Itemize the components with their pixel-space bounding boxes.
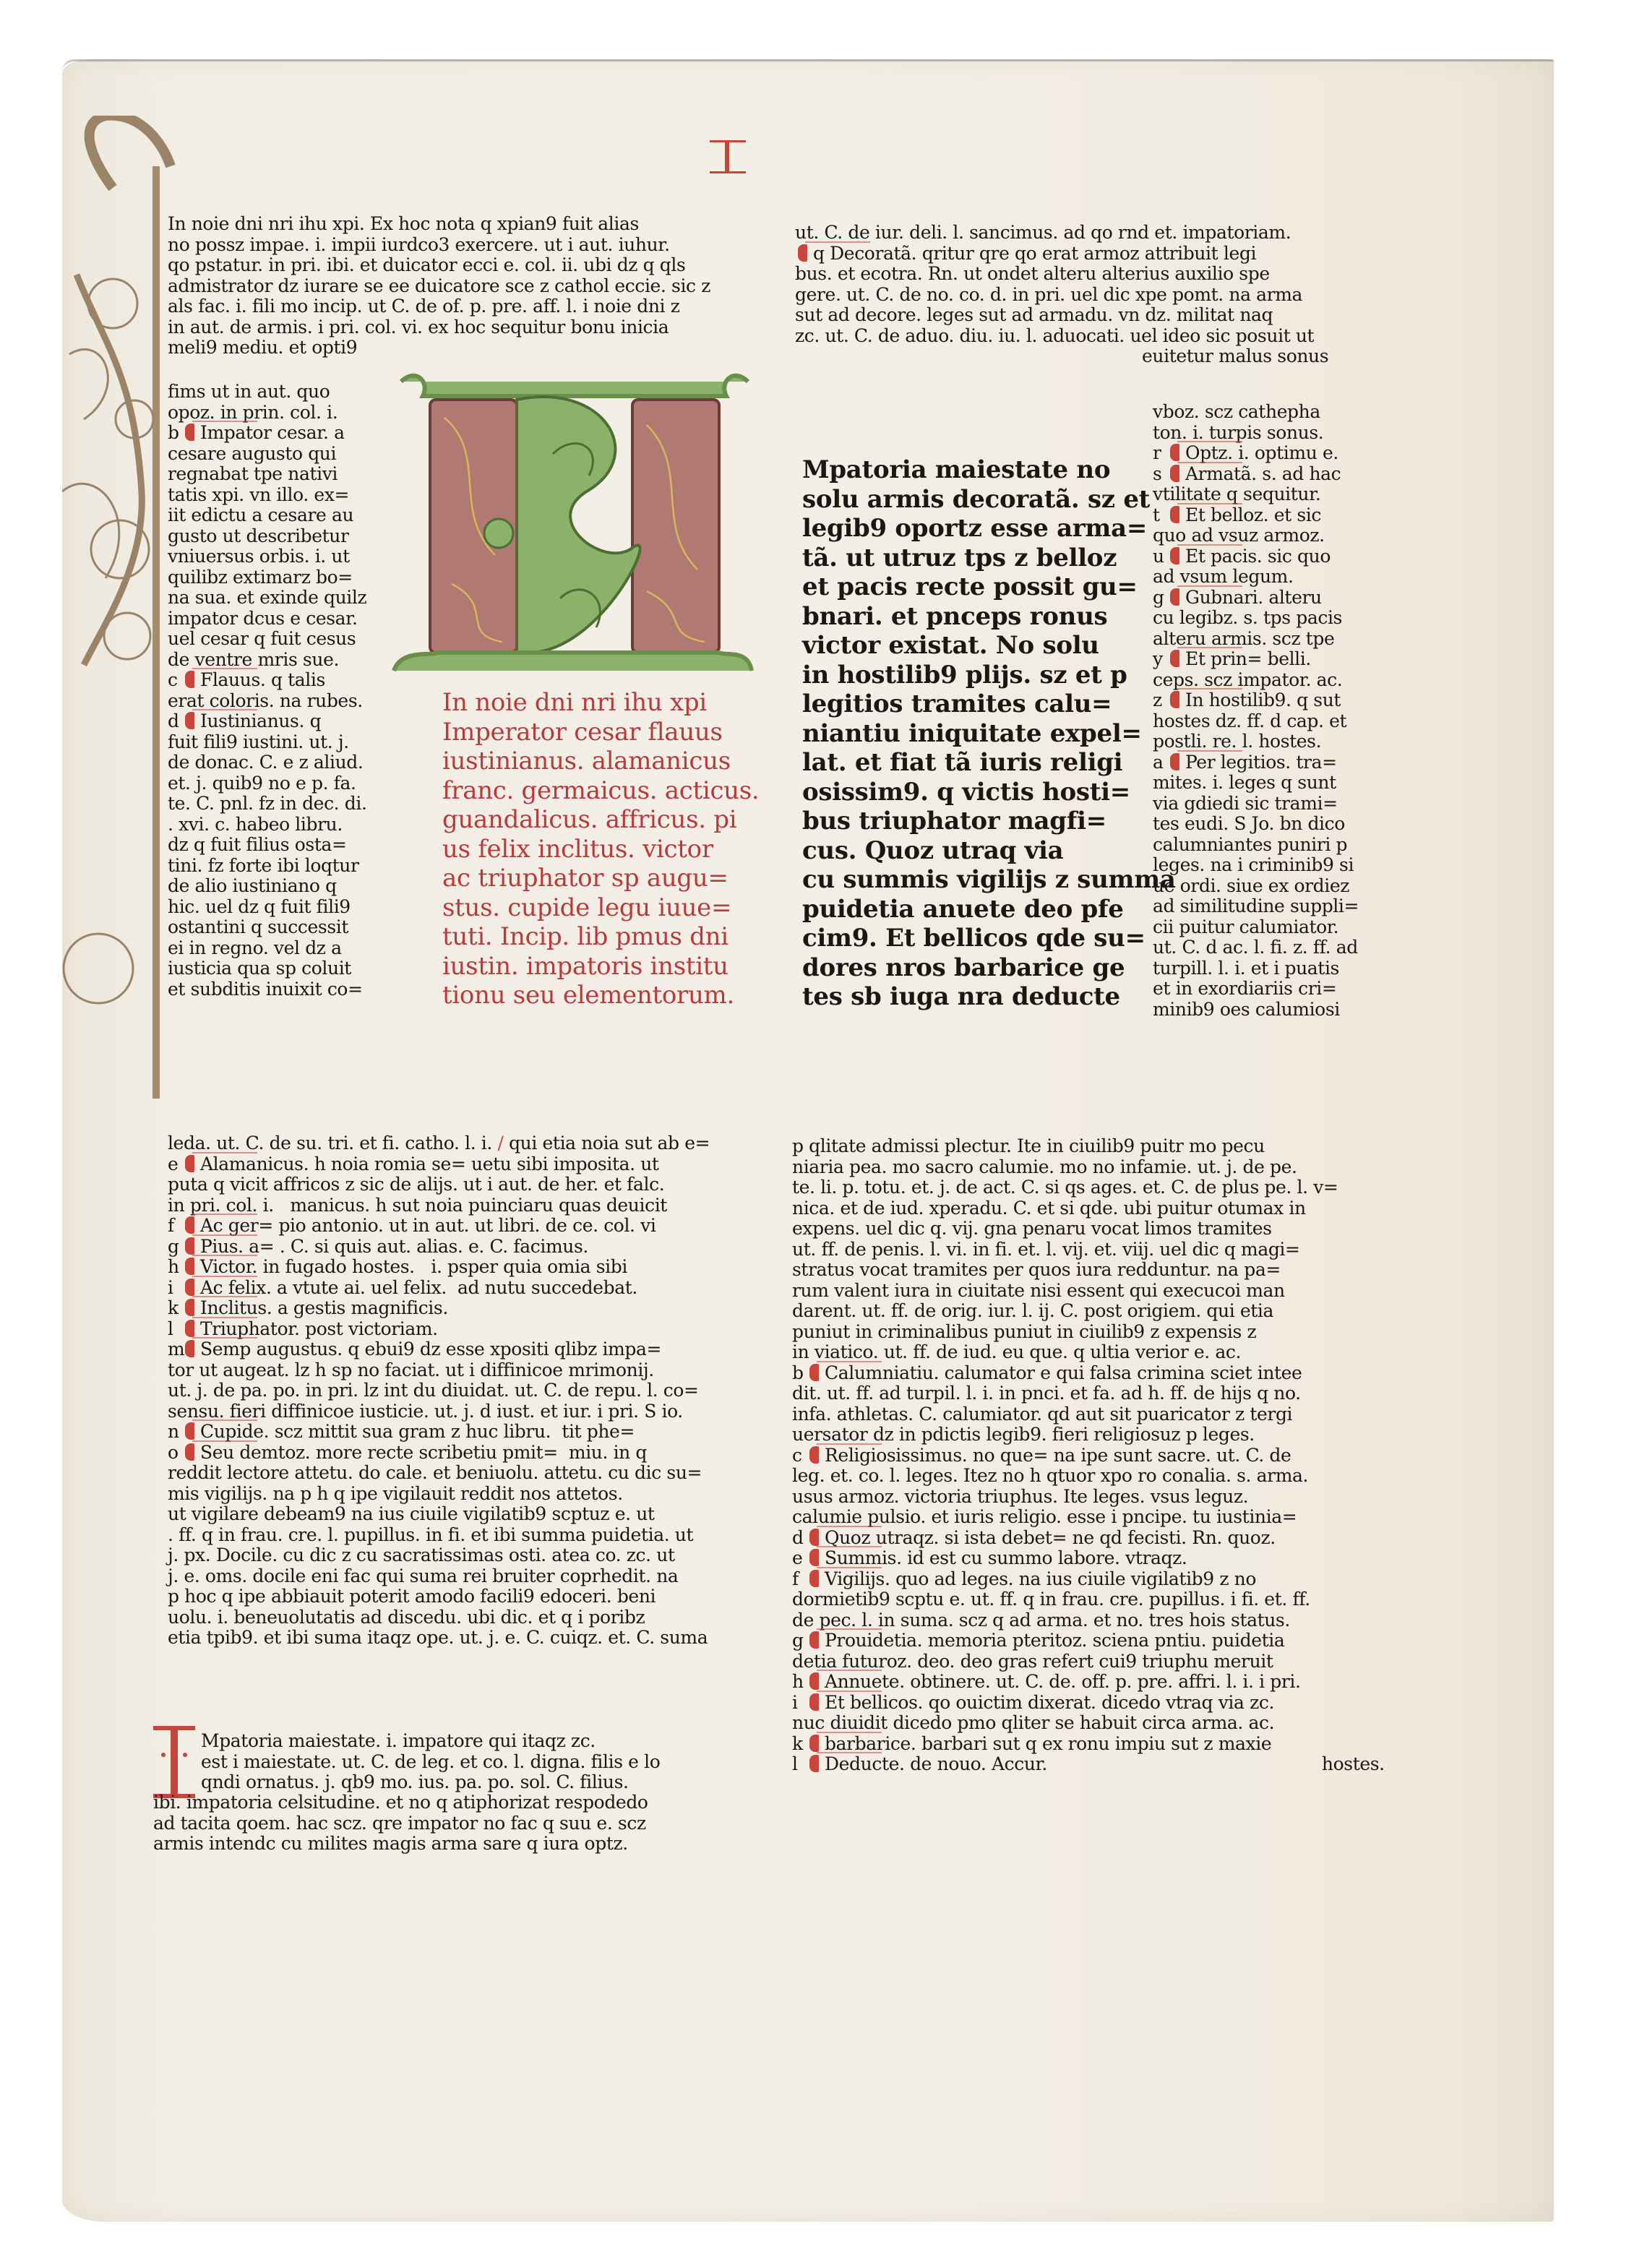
gloss-text: hostes. [1322, 1753, 1385, 1774]
rubric-paragraph-mark [809, 1735, 819, 1752]
illuminated-initial-I [387, 367, 755, 685]
gloss-line: cu legibz. s. tps pacis [1153, 608, 1359, 629]
rubric-paragraph-mark [1170, 444, 1179, 461]
gloss-line: via gdiedi sic trami= [1153, 794, 1359, 815]
gloss-line: ut. ff. de penis. l. vi. in fi. et. l. v… [792, 1240, 1385, 1260]
gloss-line: iusticia qua sp coluit [168, 958, 367, 979]
gloss-line: uEt pacis. sic quo [1153, 546, 1359, 567]
rubric-paragraph-mark [809, 1364, 819, 1381]
main-line: et pacis recte possit gu= [802, 572, 1176, 602]
reference-letter: b [168, 423, 182, 444]
main-line: cus. Quoz utraq via [802, 836, 1176, 866]
gloss-text: miu. in q [569, 1442, 647, 1463]
main-line: victor existat. No solu [802, 631, 1176, 661]
gloss-line: ut. C. de iur. deli. l. sancimus. ad qo … [795, 223, 1328, 244]
gloss-line: usus armoz. victoria triuphus. Ite leges… [792, 1487, 1385, 1508]
gloss-line: calumie pulsio. et iuris religio. esse i… [792, 1507, 1385, 1528]
gloss-line: te. li. p. totu. et. j. de act. C. si qs… [792, 1177, 1385, 1198]
rubric-paragraph-mark [185, 1237, 194, 1255]
gloss-line: dQuoz utraqz. si ista debet= ne qd fecis… [792, 1528, 1385, 1549]
gloss-line: nica. et de iud. xperadu. C. et si qde. … [792, 1198, 1385, 1219]
reference-letter: l [168, 1319, 182, 1340]
gloss-line: ad similitudine suppli= [1153, 896, 1359, 917]
reference-letter: g [1153, 588, 1167, 609]
gloss-line: dit. ut. ff. ad turpil. l. i. in pnci. e… [792, 1383, 1385, 1404]
gloss-bottom-left-initial: Mpatoria maiestate. i. impatore qui itaq… [201, 1731, 660, 1793]
gloss-text: in pri. col. i. [168, 1195, 274, 1216]
gloss-line: kInclitus. a gestis magnificis. [168, 1298, 710, 1319]
reference-letter: k [168, 1298, 182, 1319]
gloss-text: Semp augustus. q ebui9 dz esse xpositi q… [200, 1339, 661, 1359]
gloss-line: fuit fili9 iustini. ut. j. [168, 732, 367, 753]
rubric-paragraph-mark [1170, 753, 1179, 770]
rubric-paragraph-mark [185, 1299, 194, 1316]
gloss-text: Alamanicus. h noia romia se= [200, 1154, 465, 1174]
gloss-line: sensu. fieri diffinicoe iusticie. ut. j.… [168, 1401, 710, 1422]
gloss-text: Religiosissimus. no que= na ipe sunt sac… [825, 1445, 1291, 1466]
rubric-paragraph-mark [185, 1155, 194, 1172]
gloss-line: hVictor. in fugado hostes. i. psper quia… [168, 1257, 710, 1278]
main-text-rubric: In noie dni nri ihu xpi Imperator cesar … [442, 688, 759, 1010]
gloss-line: euitetur malus sonus [795, 346, 1328, 367]
main-line: osissim9. q victis hosti= [802, 778, 1176, 807]
gloss-line: meli9 mediu. et opti9 [168, 338, 710, 358]
gloss-line: zc. ut. C. de aduo. diu. iu. l. aduocati… [795, 326, 1328, 347]
gloss-bottom-left: leda. ut. C. de su. tri. et fi. catho. l… [168, 1133, 710, 1649]
gloss-line: et in exordiariis cri= [1153, 979, 1359, 1000]
gloss-text: Per legitios. tra= [1185, 752, 1337, 773]
main-line: bnari. et pnceps ronus [802, 602, 1176, 632]
gloss-line: j. e. oms. docile eni fac qui suma rei b… [168, 1566, 710, 1587]
reference-letter: r [1153, 443, 1167, 464]
gloss-line: niaria pea. mo sacro calumie. mo no infa… [792, 1157, 1385, 1178]
gloss-line: hAnnuete. obtinere. ut. C. de. off. p. p… [792, 1672, 1385, 1693]
gloss-line: vtilitate q sequitur. [1153, 484, 1359, 505]
gloss-line: de pec. l. in suma. scz q ad arma. et no… [792, 1610, 1385, 1631]
main-line: legib9 oportz esse arma= [802, 514, 1176, 544]
gloss-text: Optz. i. optimu e. [1185, 442, 1338, 463]
gloss-text: manicus. h sut noia puinciaru quas deuic… [290, 1195, 667, 1216]
gloss-text: q Decoratã. qritur qre qo erat armoz att… [813, 243, 1256, 264]
gloss-text: Impator cesar. a [200, 422, 345, 443]
main-line: cu summis vigilijs z summa [802, 865, 1176, 895]
reference-letter: d [168, 711, 182, 732]
reference-letter: h [792, 1672, 807, 1693]
reference-letter: i [168, 1278, 182, 1299]
gloss-line: qndi ornatus. j. qb9 mo. ius. pa. po. so… [201, 1772, 660, 1793]
gloss-line: oSeu demtoz. more recte scribetiu pmit= … [168, 1443, 710, 1464]
gloss-line: et. j. quib9 no e p. fa. [168, 773, 367, 794]
gloss-line: regnabat tpe nativi [168, 464, 367, 485]
gloss-line: ei in regno. vel dz a [168, 938, 367, 959]
gloss-text: Victor. in fugado hostes. [200, 1256, 415, 1277]
gloss-line: quilibz extimarz bo= [168, 567, 367, 588]
gloss-line: darent. ut. ff. de orig. iur. l. ij. C. … [792, 1301, 1385, 1322]
rubric-paragraph-mark [1170, 588, 1179, 606]
gloss-line: vboz. scz cathepha [1153, 402, 1359, 423]
gloss-line: nCupide. scz mittit sua gram z huc libru… [168, 1422, 710, 1443]
gloss-line: minib9 oes calumiosi [1153, 1000, 1359, 1021]
gloss-line: etia tpib9. et ibi suma itaqz ope. ut. j… [168, 1628, 710, 1649]
gloss-line: fVigilijs. quo ad leges. na ius ciuile v… [792, 1569, 1385, 1590]
gloss-line: quo ad vsuz armoz. [1153, 525, 1359, 546]
gloss-text: Deducte. de nouo. Accur. [825, 1753, 1047, 1774]
gloss-line: gProuidetia. memoria pteritoz. sciena pn… [792, 1631, 1385, 1651]
gloss-line: j. px. Docile. cu dic z cu sacratissimas… [168, 1545, 710, 1566]
gloss-line: sut ad decore. leges sut ad armadu. vn d… [795, 305, 1328, 326]
rubric-paragraph-mark [185, 671, 194, 688]
gloss-line: in aut. de armis. i pri. col. vi. ex hoc… [168, 317, 710, 338]
reference-letter: g [168, 1237, 182, 1258]
rubric-line: iustinianus. alamanicus [442, 747, 759, 776]
gloss-line: gusto ut describetur [168, 526, 367, 547]
gloss-line: vniuersus orbis. i. ut [168, 546, 367, 567]
reference-letter: y [1153, 649, 1167, 670]
gloss-text: Et belloz. et sic [1185, 504, 1321, 525]
main-line: puidetia anuete deo pfe [802, 895, 1176, 924]
gloss-line: dz q fuit filius osta= [168, 835, 367, 856]
gloss-text: ad nutu succedebat. [457, 1277, 637, 1298]
reference-letter: a [1153, 752, 1167, 773]
reference-letter: n [168, 1422, 182, 1443]
reference-letter: e [792, 1548, 807, 1569]
rubric-paragraph-mark [809, 1529, 819, 1546]
rubric-paragraph-mark [809, 1693, 819, 1711]
gloss-left-column: fims ut in aut. quo opoz. in prin. col. … [168, 382, 367, 1000]
rubric-paragraph-mark [185, 1258, 194, 1275]
gloss-line: bImpator cesar. a [168, 423, 367, 444]
rubric-paragraph-mark [798, 244, 807, 262]
rubric-paragraph-mark [809, 1755, 819, 1772]
gloss-text: Armatã. s. ad hac [1185, 463, 1341, 484]
gloss-bottom-left-initial-cont: ibi. impatoria celsitudine. et no q atip… [153, 1792, 648, 1855]
gloss-text: Inclitus. a gestis magnificis. [200, 1297, 448, 1318]
gloss-line: no possz impae. i. impii iurdco3 exercer… [168, 235, 710, 256]
rubric-line: stus. cupide legu iuue= [442, 893, 759, 923]
gloss-text: tit phe= [562, 1421, 635, 1442]
main-line: lat. et fiat tã iuris religi [802, 748, 1176, 778]
gloss-line: eAlamanicus. h noia romia se= uetu sibi … [168, 1154, 710, 1175]
gloss-line: p hoc q ipe abbiauit poterit amodo facil… [168, 1586, 710, 1607]
gloss-top-left: In noie dni nri ihu xpi. Ex hoc nota q x… [168, 214, 710, 358]
reference-letter: s [1153, 464, 1167, 485]
gloss-line: fAc ger= pio antonio. ut in aut. ut libr… [168, 1216, 710, 1237]
gloss-line: alteru armis. scz tpe [1153, 629, 1359, 650]
gloss-line: in pri. col. i. manicus. h sut noia puin… [168, 1195, 710, 1216]
gloss-line: q Decoratã. qritur qre qo erat armoz att… [795, 244, 1328, 265]
reference-letter: o [168, 1443, 182, 1464]
gloss-line: na sua. et exinde quilz [168, 588, 367, 609]
gloss-line: armis intendc cu milites magis arma sare… [153, 1834, 648, 1855]
reference-letter: m [168, 1339, 182, 1360]
gloss-line: opoz. in prin. col. i. [168, 403, 367, 424]
gloss-text: uetu sibi imposita. ut [471, 1154, 659, 1174]
rubric-paragraph-mark [809, 1631, 819, 1649]
gloss-line: rum valent iura in ciuitate nisi essent … [792, 1281, 1385, 1302]
gloss-line: uel cesar q fuit cesus [168, 629, 367, 650]
gloss-line: gGubnari. alteru [1153, 588, 1359, 609]
main-line: tã. ut utruz tps z belloz [802, 544, 1176, 573]
gloss-line: de donac. C. e z aliud. [168, 752, 367, 773]
gloss-text: Annuete. obtinere. ut. C. de. off. p. pr… [825, 1671, 1301, 1692]
gloss-line: de ventre mris sue. [168, 650, 367, 671]
reference-letter: l [792, 1754, 807, 1775]
gloss-line: tatis xpi. vn illo. ex= [168, 485, 367, 506]
rubric-line: ac triuphator sp augu= [442, 864, 759, 893]
gloss-text: Calumniatiu. calumator e qui falsa crimi… [825, 1362, 1302, 1383]
gloss-line: fims ut in aut. quo [168, 382, 367, 403]
main-line: niantiu iniquitate expel= [802, 719, 1176, 749]
gloss-line: leda. ut. C. de su. tri. et fi. catho. l… [168, 1133, 710, 1154]
gloss-line: ad vsum legum. [1153, 567, 1359, 588]
gloss-line: infa. athletas. C. calumiator. qd aut si… [792, 1404, 1385, 1425]
gloss-text: Cupide. scz mittit sua gram z huc libru. [200, 1421, 551, 1442]
gloss-line: hic. uel dz q fuit fili9 [168, 897, 367, 918]
gloss-line: ut. j. de pa. po. in pri. lz int du diui… [168, 1380, 710, 1401]
gloss-line: uolu. i. beneuolutatis ad discedu. ubi d… [168, 1607, 710, 1628]
gloss-text: Ac ger= [200, 1215, 273, 1236]
rubric-line: us felix inclitus. victor [442, 835, 759, 864]
reference-letter: d [792, 1528, 807, 1549]
main-line: legitios tramites calu= [802, 690, 1176, 719]
gloss-line: bCalumniatiu. calumator e qui falsa crim… [792, 1363, 1385, 1384]
gloss-line: hostes dz. ff. d cap. et [1153, 711, 1359, 732]
gloss-text: qui etia noia sut ab e= [509, 1133, 710, 1154]
gloss-line: ibi. impatoria celsitudine. et no q atip… [153, 1792, 648, 1813]
gloss-line: ut. C. d ac. l. fi. z. ff. ad [1153, 937, 1359, 958]
rubric-paragraph-mark [185, 1279, 194, 1296]
gloss-text: Et bellicos. qo ouictim dixerat. dicedo … [825, 1692, 1274, 1713]
rubric-paragraph-mark [1170, 506, 1179, 523]
main-text: Mpatoria maiestate no solu armis decorat… [802, 455, 1176, 1012]
rubric-paragraph-mark [809, 1570, 819, 1587]
main-line: dores nros barbarice ge [802, 953, 1176, 983]
gloss-text: Summis. id est cu summo labore. vtraqz. [825, 1547, 1187, 1568]
gloss-line: ut vigilare debeam9 na ius ciuile vigila… [168, 1504, 710, 1525]
gloss-line: tes eudi. S Jo. bn dico [1153, 814, 1359, 835]
gloss-line: bus. et ecotra. Rn. ut ondet alteru alte… [795, 264, 1328, 285]
reference-letter: u [1153, 546, 1167, 567]
gloss-text: . C. si quis aut. alias. e. C. facimus. [280, 1236, 588, 1257]
gloss-text: In hostilib9. q sut [1185, 690, 1341, 710]
gloss-line: Mpatoria maiestate. i. impatore qui itaq… [201, 1731, 660, 1752]
gloss-text: pio antonio. ut in aut. ut libri. de ce.… [278, 1215, 656, 1236]
reference-letter: b [792, 1363, 807, 1384]
gloss-line: kbarbarice. barbari sut q ex ronu impiu … [792, 1734, 1385, 1755]
gloss-line: mis vigilijs. na p h q ipe vigilauit red… [168, 1484, 710, 1505]
rubric-line: guandalicus. affricus. pi [442, 805, 759, 835]
gloss-line: tini. fz forte ibi loqtur [168, 856, 367, 877]
gloss-line: aPer legitios. tra= [1153, 752, 1359, 773]
gloss-text: Quoz utraqz. si ista debet= ne qd fecist… [825, 1527, 1276, 1548]
gloss-line: cFlauus. q talis [168, 670, 367, 691]
gloss-line: de alio iustiniano q [168, 876, 367, 897]
rubric-line: tuti. Incip. lib pmus dni [442, 922, 759, 952]
gloss-line: tEt belloz. et sic [1153, 505, 1359, 526]
rubric-paragraph-mark [185, 1216, 194, 1234]
rubric-line: iustin. impatoris institu [442, 952, 759, 981]
gloss-line: calumniantes puniri p [1153, 835, 1359, 856]
gloss-text: i. psper quia omia sibi [431, 1256, 627, 1277]
rubric-line: tionu seu elementorum. [442, 981, 759, 1010]
gloss-line: qo pstatur. in pri. ibi. et duicator ecc… [168, 255, 710, 276]
gloss-line: mSemp augustus. q ebui9 dz esse xpositi … [168, 1339, 710, 1360]
gloss-line: iit edictu a cesare au [168, 505, 367, 526]
reference-letter: g [792, 1631, 807, 1651]
reference-letter: z [1153, 690, 1167, 711]
gloss-text: Gubnari. alteru [1185, 587, 1322, 608]
gloss-line: puta q vicit affricos z sic de alijs. ut… [168, 1174, 710, 1195]
gloss-line: postli. re. l. hostes. [1153, 731, 1359, 752]
gloss-line: ue ordi. siue ex ordiez [1153, 876, 1359, 897]
gloss-line: puniut in criminalibus puniut in ciuilib… [792, 1322, 1385, 1343]
reference-letter: i [792, 1693, 807, 1714]
gloss-line: nuc diuidit dicedo pmo qliter se habuit … [792, 1713, 1385, 1734]
gloss-line: dormietib9 scptu e. ut. ff. q in frau. c… [792, 1589, 1385, 1610]
gloss-line: cii puitur calumiator. [1153, 917, 1359, 938]
gloss-line: in viatico. ut. ff. de iud. eu que. q ul… [792, 1342, 1385, 1363]
gloss-line: admistrator dz iurare se ee duicatore sc… [168, 276, 710, 297]
gloss-line: turpill. l. i. et i puatis [1153, 958, 1359, 979]
gloss-line: dIustinianus. q [168, 711, 367, 732]
gloss-line: yEt prin= belli. [1153, 649, 1359, 670]
reference-letter: f [792, 1569, 807, 1590]
gloss-line: cReligiosissimus. no que= na ipe sunt sa… [792, 1446, 1385, 1466]
rubric-paragraph-mark [185, 424, 194, 441]
gloss-text: Vigilijs. quo ad leges. na ius ciuile vi… [825, 1568, 1256, 1589]
gloss-line: mites. i. leges q sunt [1153, 773, 1359, 794]
main-line: solu armis decoratã. sz et [802, 485, 1176, 515]
gloss-text: Iustinianus. q [200, 710, 321, 731]
gloss-line: iEt bellicos. qo ouictim dixerat. dicedo… [792, 1693, 1385, 1714]
rubric-paragraph-mark [1170, 547, 1179, 564]
rubric-paragraph-mark [185, 1443, 194, 1461]
reference-letter: c [168, 670, 182, 691]
gloss-line: impator dcus e cesar. [168, 609, 367, 630]
gloss-line: te. C. pnl. fz in dec. di. [168, 794, 367, 815]
main-line: cim9. Et bellicos qde su= [802, 924, 1176, 953]
gloss-line: In noie dni nri ihu xpi. Ex hoc nota q x… [168, 214, 710, 235]
gloss-bottom-right: p qlitate admissi plectur. Ite in ciuili… [792, 1136, 1385, 1775]
rubric-line: Imperator cesar flauus [442, 718, 759, 747]
rubric-paragraph-mark [185, 712, 194, 729]
gloss-line: ostantini q successit [168, 917, 367, 938]
gloss-line: . xvi. c. habeo libru. [168, 815, 367, 836]
rubric-paragraph-mark [185, 1422, 194, 1440]
gloss-line: zIn hostilib9. q sut [1153, 690, 1359, 711]
gloss-top-right: ut. C. de iur. deli. l. sancimus. ad qo … [795, 223, 1328, 367]
gloss-line: ad tacita qoem. hac scz. qre impator no … [153, 1813, 648, 1834]
rubric-paragraph-mark [1170, 465, 1179, 482]
gloss-line: lTriuphator. post victoriam. [168, 1319, 710, 1340]
reference-letter: h [168, 1257, 182, 1278]
gloss-line: sArmatã. s. ad hac [1153, 464, 1359, 485]
gloss-line: erat coloris. na rubes. [168, 691, 367, 712]
gloss-line: et subditis inuixit co= [168, 979, 367, 1000]
gloss-line: gere. ut. C. de no. co. d. in pri. uel d… [795, 285, 1328, 306]
gloss-text: barbarice. barbari sut q ex ronu impiu s… [825, 1733, 1271, 1754]
gloss-text: Flauus. q talis [200, 669, 325, 690]
gloss-line: rOptz. i. optimu e. [1153, 443, 1359, 464]
gloss-text: Et prin= belli. [1185, 648, 1311, 669]
gloss-line: ceps. scz impator. ac. [1153, 670, 1359, 691]
main-line: Mpatoria maiestate no [802, 455, 1176, 485]
rubric-line: In noie dni nri ihu xpi [442, 688, 759, 718]
gloss-line: . ff. q in frau. cre. l. pupillus. in fi… [168, 1525, 710, 1546]
gloss-line: lDeducte. de nouo. Accur.hostes. [792, 1754, 1385, 1775]
gloss-line: als fac. i. fili mo incip. ut C. de of. … [168, 296, 710, 317]
gloss-line: ton. i. turpis sonus. [1153, 423, 1359, 444]
rubric-paragraph-mark [1170, 691, 1179, 708]
gloss-line: detia futuroz. deo. deo gras refert cui9… [792, 1651, 1385, 1672]
gloss-text: Et pacis. sic quo [1185, 546, 1331, 567]
reference-letter: c [792, 1446, 807, 1466]
main-line: tes sb iuga nra deducte [802, 982, 1176, 1012]
reference-letter: e [168, 1154, 182, 1175]
rubric-paragraph-mark [809, 1446, 819, 1464]
gloss-line: est i maiestate. ut. C. de leg. et co. l… [201, 1752, 660, 1773]
gloss-line: gPius. a= . C. si quis aut. alias. e. C.… [168, 1237, 710, 1258]
rubric-paragraph-mark [809, 1549, 819, 1566]
rubric-paragraph-mark [1170, 650, 1179, 667]
reference-letter: f [168, 1216, 182, 1237]
rubric-paragraph-mark [185, 1320, 194, 1337]
gloss-line: leges. na i criminib9 si [1153, 855, 1359, 876]
gloss-line: eSummis. id est cu summo labore. vtraqz. [792, 1548, 1385, 1569]
gloss-line: p qlitate admissi plectur. Ite in ciuili… [792, 1136, 1385, 1157]
folio-mark [710, 140, 746, 173]
gloss-line: expens. uel dic q. vij. gna penaru vocat… [792, 1219, 1385, 1240]
reference-letter: k [792, 1734, 807, 1755]
gloss-line: stratus vocat tramites per quos iura red… [792, 1260, 1385, 1281]
rubric-line: franc. germaicus. acticus. [442, 776, 759, 806]
main-line: in hostilib9 plijs. sz et p [802, 661, 1176, 690]
rubric-paragraph-mark [185, 1340, 194, 1357]
gloss-line: cesare augusto qui [168, 444, 367, 465]
rubricated-initial-I [153, 1726, 195, 1798]
rubric-paragraph-mark [809, 1672, 819, 1690]
reference-letter: t [1153, 505, 1167, 526]
penwork-initial-flourish [62, 116, 178, 1099]
gloss-text: Seu demtoz. more recte scribetiu pmit= [200, 1442, 558, 1463]
gloss-text: leda. ut. C. de su. tri. et fi. catho. l… [168, 1133, 492, 1154]
gloss-line: uersator dz in pdictis legib9. fieri rel… [792, 1425, 1385, 1446]
gloss-text: Triuphator. post victoriam. [200, 1318, 438, 1339]
gloss-line: iAc felix. a vtute ai. uel felix. ad nut… [168, 1278, 710, 1299]
gloss-line: leg. et. co. l. leges. Itez no h qtuor x… [792, 1466, 1385, 1487]
gloss-text: Prouidetia. memoria pteritoz. sciena pnt… [825, 1630, 1284, 1651]
gloss-text: Ac felix. a vtute ai. uel felix. [200, 1277, 447, 1298]
gloss-right-column: vboz. scz cathepha ton. i. turpis sonus.… [1153, 402, 1359, 1020]
main-line: bus triuphator magfi= [802, 807, 1176, 836]
gloss-line: tor ut augeat. lz h sp no faciat. ut i d… [168, 1360, 710, 1381]
gloss-text: Pius. a= [200, 1236, 274, 1257]
gloss-line: reddit lectore attetu. do cale. et beniu… [168, 1463, 710, 1484]
